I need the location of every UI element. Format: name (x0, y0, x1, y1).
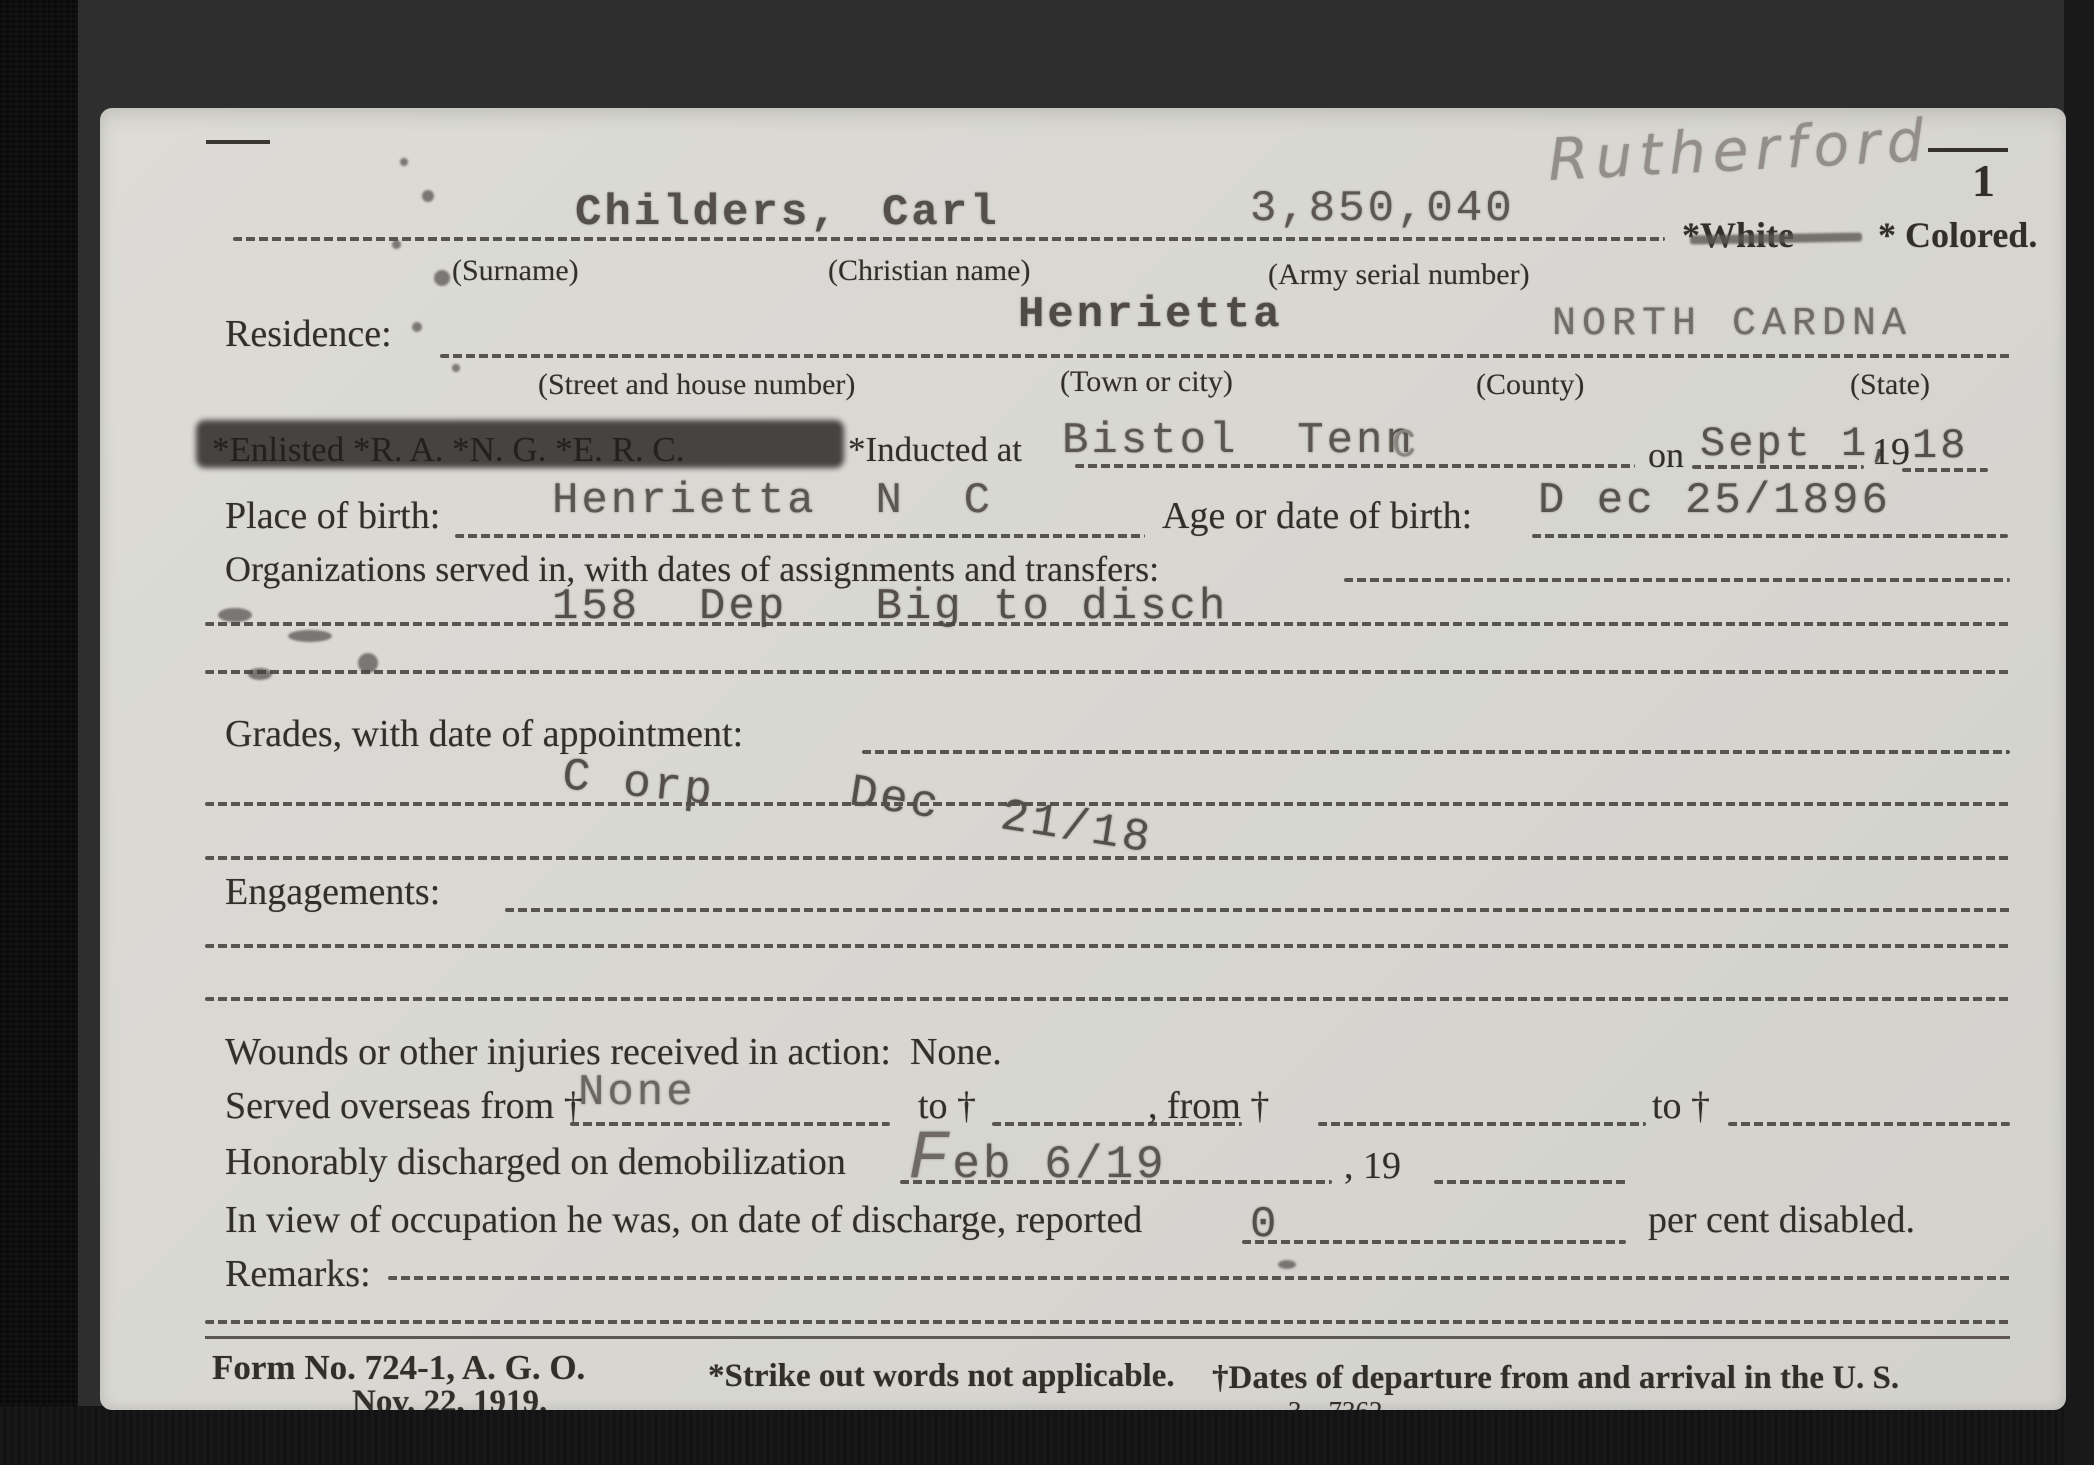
street-caption: (Street and house number) (538, 368, 855, 402)
age-or-birthdate-value: D ec 25/1896 (1538, 476, 1891, 526)
discharge-date-value: Feb 6/19 (908, 1120, 1167, 1198)
dotted-line (900, 1180, 1332, 1184)
scan-right-shadow (2064, 0, 2094, 1465)
dotted-line (1434, 1180, 1626, 1184)
dotted-line (1902, 468, 1988, 472)
service-record-card: Rutherford 1 Childers, Carl 3,850,040 *W… (100, 108, 2066, 1410)
dotted-line (205, 670, 2010, 674)
ink-speck (392, 240, 401, 249)
on-label: on (1648, 434, 1684, 476)
footer-solid-rule (205, 1336, 2010, 1339)
residence-town-value: Henrietta (1018, 290, 1283, 340)
induction-place-faint-letter: C (1392, 424, 1419, 469)
dotted-line (205, 622, 2010, 626)
dotted-line (1075, 464, 1635, 468)
grade-entry: C orp (560, 750, 718, 818)
dotted-line (205, 856, 2010, 860)
induction-date-value: Sept 1, (1700, 420, 1897, 468)
inducted-at-label: *Inducted at (848, 430, 1022, 470)
dotted-line (205, 997, 2010, 1001)
disability-label: In view of occupation he was, on date of… (225, 1198, 1142, 1242)
disability-suffix-label: per cent disabled. (1648, 1198, 1915, 1242)
race-colored-option: * Colored. (1878, 214, 2037, 256)
surname-caption: (Surname) (452, 254, 579, 288)
print-code: 3—7362 (1288, 1396, 1383, 1410)
town-caption: (Town or city) (1060, 365, 1233, 399)
ink-speck (422, 190, 434, 202)
scan-bottom-shadow (0, 1406, 2094, 1465)
county-caption: (County) (1476, 368, 1584, 402)
dagger-note: †Dates of departure from and arrival in … (1212, 1360, 1899, 1397)
christian-name-caption: (Christian name) (828, 254, 1030, 288)
army-serial-caption: (Army serial number) (1268, 258, 1530, 292)
served-overseas-label: Served overseas from † (225, 1084, 583, 1128)
grades-label: Grades, with date of appointment: (225, 712, 743, 756)
age-or-birthdate-label: Age or date of birth: (1162, 494, 1472, 538)
dotted-line (505, 908, 2010, 912)
dotted-line (1692, 465, 1864, 469)
footer-dotted-rule (205, 1320, 2010, 1324)
place-of-birth-label: Place of birth: (225, 494, 440, 538)
ink-smudge (1278, 1260, 1296, 1269)
dotted-line (1242, 1240, 1626, 1244)
form-number: Form No. 724-1, A. G. O. (212, 1348, 585, 1388)
ink-smudge (288, 630, 332, 642)
induction-place-value: Bistol Tenn (1062, 416, 1415, 466)
overseas-to2-label: to † (1652, 1084, 1710, 1128)
discharge-year-label: , 19 (1344, 1144, 1401, 1188)
pencil-county-annotation: Rutherford (1546, 108, 1932, 194)
residence-label: Residence: (225, 312, 392, 356)
dotted-line (570, 1122, 890, 1126)
dotted-line (205, 944, 2010, 948)
scanner-fabric-edge (0, 0, 78, 1465)
residence-state-value: NORTH CARDNA (1552, 302, 1912, 347)
dotted-line (233, 237, 1665, 241)
form-date: Nov. 22, 1919. (352, 1384, 547, 1410)
ink-speck (452, 364, 460, 372)
surname-value: Childers, (575, 188, 840, 238)
enlisted-strikeout-smear (196, 420, 844, 468)
dotted-line (1318, 1122, 1646, 1126)
army-serial-number-value: 3,850,040 (1250, 184, 1515, 234)
discharge-label: Honorably discharged on demobilization (225, 1140, 846, 1184)
place-of-birth-value: Henrietta N C (552, 476, 993, 526)
ink-speck (412, 322, 422, 332)
year-suffix-typed: 18 (1912, 422, 1968, 470)
ink-speck (400, 158, 408, 166)
dotted-line (388, 1276, 2010, 1280)
dotted-line (1728, 1122, 2010, 1126)
page-number-overline (1928, 148, 2008, 152)
page-number: 1 (1972, 154, 1995, 207)
ink-speck (434, 270, 450, 286)
dotted-line (205, 802, 2010, 806)
dotted-line (862, 750, 2010, 754)
dotted-line (455, 534, 1145, 538)
christian-name-value: Carl (882, 188, 1000, 238)
remarks-label: Remarks: (225, 1252, 371, 1296)
stray-pen-line (206, 140, 270, 144)
dotted-line (1344, 578, 2010, 582)
strike-out-note: *Strike out words not applicable. (708, 1358, 1175, 1395)
engagements-label: Engagements: (225, 870, 440, 914)
dotted-line (1532, 534, 2008, 538)
dotted-line (440, 354, 2010, 358)
state-caption: (State) (1850, 368, 1930, 402)
race-white-strikethrough (1690, 232, 1862, 244)
ink-smudge (218, 608, 252, 622)
grade-date-entry: Dec 21/18 (846, 766, 1156, 865)
overseas-from-value: None (578, 1068, 696, 1118)
